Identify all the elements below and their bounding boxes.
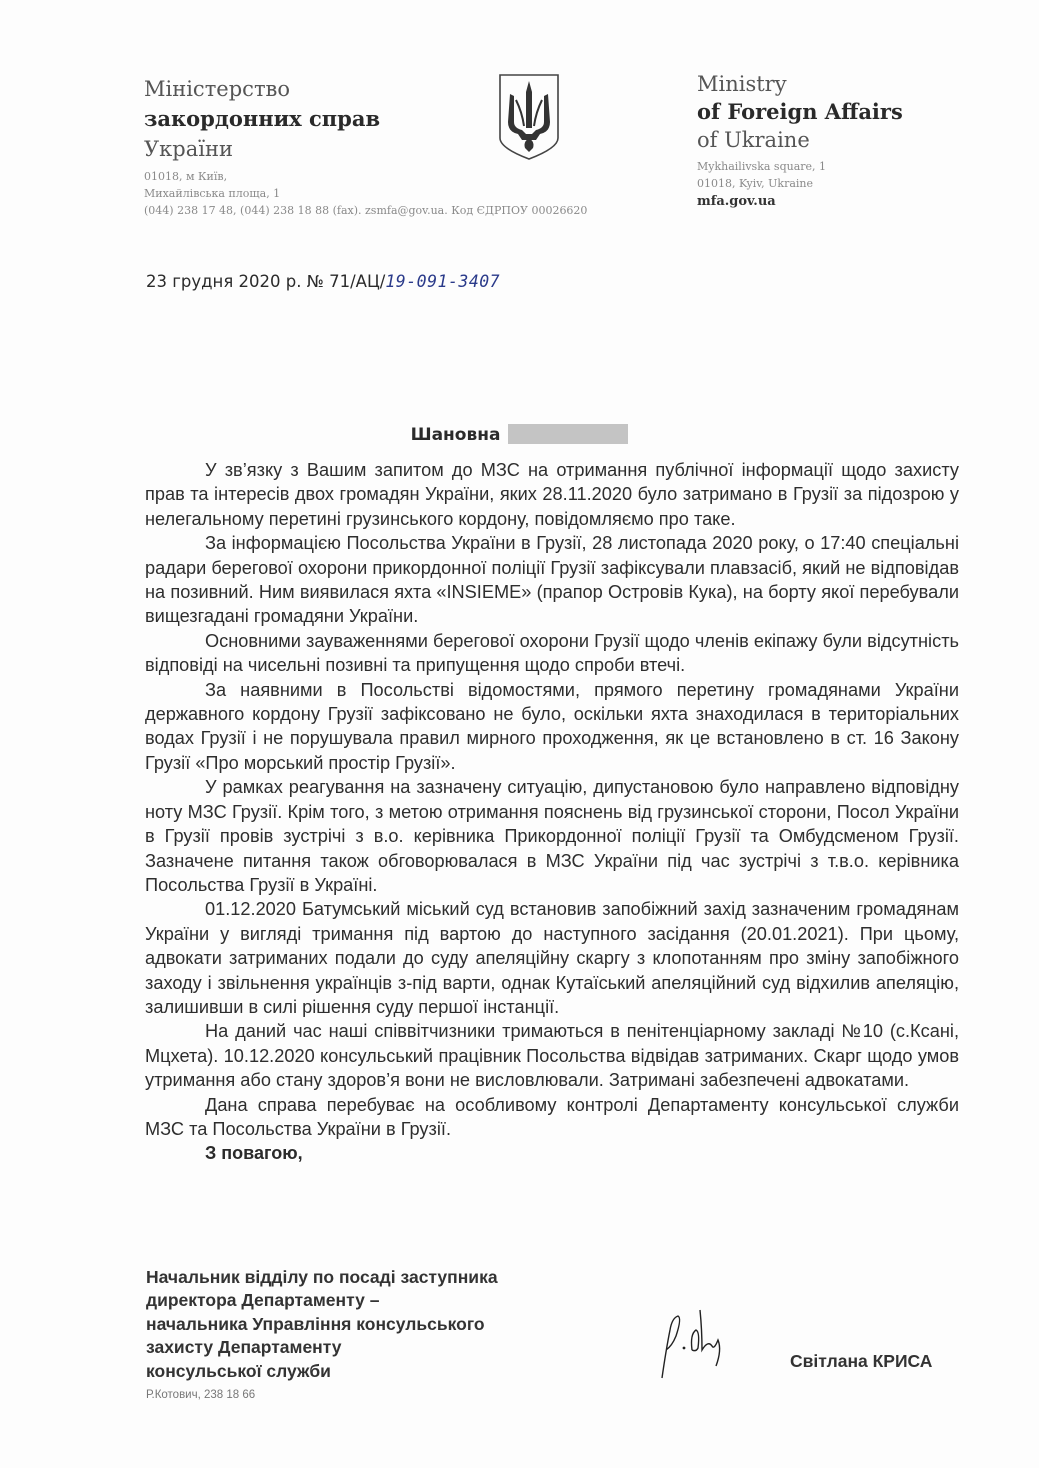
body-paragraph: Дана справа перебуває на особливому конт… [145, 1093, 959, 1142]
handwritten-signature-icon [652, 1300, 732, 1380]
body-paragraph: На даний час наші співвітчизники тримают… [145, 1019, 959, 1092]
signatory-title-line: директора Департаменту – [146, 1289, 498, 1312]
signatory-title-line: захисту Департаменту [146, 1336, 498, 1359]
signatory-title-line: начальника Управління консульського [146, 1313, 498, 1336]
executor-contact: Р.Котович, 238 18 66 [146, 1389, 255, 1401]
body-paragraph: 01.12.2020 Батумський міський суд встано… [145, 897, 959, 1019]
body-paragraph: У рамках реагування на зазначену ситуаці… [145, 775, 959, 897]
signatory-title-line: консульської служби [146, 1360, 498, 1383]
signatory-title: Начальник відділу по посаді заступника д… [146, 1266, 498, 1383]
body-paragraph: У зв’язку з Вашим запитом до МЗС на отри… [145, 458, 959, 531]
date-and-number: 23 грудня 2020 р. № 71/АЦ/ [146, 272, 385, 291]
closing: З повагою, [145, 1141, 959, 1165]
signatory-title-line: Начальник відділу по посаді заступника [146, 1266, 498, 1289]
contacts-ua: (044) 238 17 48, (044) 238 18 88 (fax). … [144, 202, 587, 219]
letter-body: У зв’язку з Вашим запитом до МЗС на отри… [145, 458, 959, 1166]
salutation-text: Шановна [411, 425, 501, 445]
salutation: Шановна [0, 425, 1039, 445]
address-ua-line2: Михайлівська площа, 1 [144, 185, 587, 202]
reference-line: 23 грудня 2020 р. № 71/АЦ/19-091-3407 [146, 272, 500, 291]
ministry-name-en-line2: of Foreign Affairs [697, 98, 903, 126]
letter-page: Міністерство закордонних справ України 0… [0, 0, 1039, 1468]
website-link[interactable]: mfa.gov.ua [697, 194, 903, 209]
body-paragraph: За інформацією Посольства України в Груз… [145, 531, 959, 629]
tryzub-icon [496, 72, 562, 162]
body-paragraph: За наявними в Посольстві відомостями, пр… [145, 678, 959, 776]
ministry-name-en-line3: of Ukraine [697, 126, 903, 154]
address-en-line1: Mykhailivska square, 1 [697, 158, 903, 175]
handwritten-reference-number: 19-091-3407 [385, 272, 500, 291]
body-paragraph: Основними зауваженнями берегової охорони… [145, 629, 959, 678]
letterhead-english: Ministry of Foreign Affairs of Ukraine M… [697, 70, 903, 209]
address-ua-line1: 01018, м Київ, [144, 168, 587, 185]
address-en-line2: 01018, Kyiv, Ukraine [697, 175, 903, 192]
redacted-name [508, 424, 628, 444]
ministry-name-en-line1: Ministry [697, 70, 903, 98]
signatory-name: Світлана КРИСА [790, 1351, 932, 1372]
